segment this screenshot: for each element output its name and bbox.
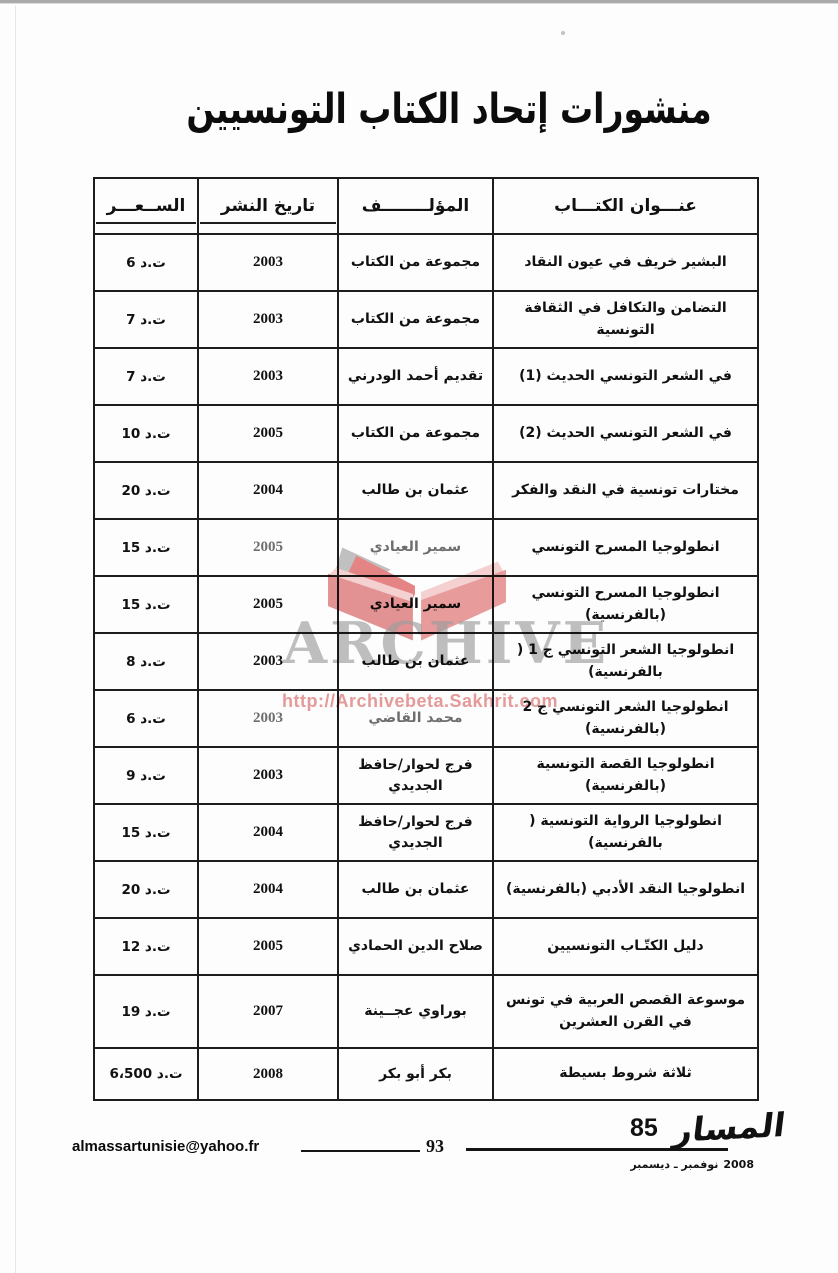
table-row: انطولوجيا المسرح التونسي سمير العيادي 20… [94, 519, 758, 576]
price-value: 12 د.ت [121, 939, 170, 955]
table-row: انطولوجيا المسرح التونسي (بالفرنسية) سمي… [94, 576, 758, 633]
price-cell: 8 د.ت [94, 633, 198, 690]
table-row: التضامن والتكافل في الثقافة التونسية مجم… [94, 291, 758, 348]
author-cell: بوراوي عجــينة [338, 975, 493, 1048]
price-cell: 15 د.ت [94, 804, 198, 861]
book-title-cell: التضامن والتكافل في الثقافة التونسية [493, 291, 758, 348]
price-cell: 7 د.ت [94, 291, 198, 348]
scan-edge-left [15, 6, 16, 1273]
price-value: 15 د.ت [121, 597, 170, 613]
publish-year-cell: 2005 [198, 519, 338, 576]
issue-number: 85 [630, 1114, 658, 1143]
book-title-cell: البشير خريف في عيون النقاد [493, 234, 758, 291]
book-title-cell: ثلاثة شروط بسيطة [493, 1048, 758, 1100]
author-cell: تقديم أحمد الودرني [338, 348, 493, 405]
book-title-cell: انطولوجيا الشعر التونسي ج 2 (بالفرنسية) [493, 690, 758, 747]
table-row: في الشعر التونسي الحديث (2) مجموعة من ال… [94, 405, 758, 462]
author-cell: مجموعة من الكتاب [338, 234, 493, 291]
publish-year-cell: 2005 [198, 576, 338, 633]
column-header-price: الســعـــر [94, 178, 198, 234]
table-row: انطولوجيا الشعر التونسي ج 2 (بالفرنسية) … [94, 690, 758, 747]
publish-year-cell: 2004 [198, 804, 338, 861]
book-title-cell: انطولوجيا القصة التونسية (بالفرنسية) [493, 747, 758, 804]
journal-logo: 85 المسار [630, 1108, 785, 1147]
table-row: انطولوجيا القصة التونسية (بالفرنسية) فرج… [94, 747, 758, 804]
table-row: انطولوجيا النقد الأدبي (بالفرنسية) عثمان… [94, 861, 758, 918]
price-value: 15 د.ت [121, 825, 170, 841]
publish-year-cell: 2008 [198, 1048, 338, 1100]
price-value: 7 د.ت [126, 369, 166, 385]
price-value: 15 د.ت [121, 540, 170, 556]
scan-edge-top-light [0, 3, 838, 4]
price-cell: 15 د.ت [94, 576, 198, 633]
price-cell: 7 د.ت [94, 348, 198, 405]
publish-year-cell: 2004 [198, 861, 338, 918]
book-title-cell: انطولوجيا الشعر التونسي ج 1 ( بالفرنسية) [493, 633, 758, 690]
book-title-cell: انطولوجيا المسرح التونسي [493, 519, 758, 576]
author-cell: مجموعة من الكتاب [338, 291, 493, 348]
issue-year: 2008 [723, 1158, 754, 1171]
table-row: في الشعر التونسي الحديث (1) تقديم أحمد ا… [94, 348, 758, 405]
price-cell: 10 د.ت [94, 405, 198, 462]
table-row: ثلاثة شروط بسيطة بكر أبو بكر 2008 6،500 … [94, 1048, 758, 1100]
publish-year-cell: 2004 [198, 462, 338, 519]
book-title-cell: مختارات تونسية في النقد والفكر [493, 462, 758, 519]
publish-year-cell: 2005 [198, 405, 338, 462]
publish-year-cell: 2003 [198, 633, 338, 690]
publish-year-cell: 2003 [198, 747, 338, 804]
publish-year-cell: 2003 [198, 291, 338, 348]
table-row: البشير خريف في عيون النقاد مجموعة من الك… [94, 234, 758, 291]
price-cell: 15 د.ت [94, 519, 198, 576]
column-header-publish-date: تاريخ النشر [198, 178, 338, 234]
page-number: 93 [426, 1136, 444, 1157]
author-cell: صلاح الدين الحمادي [338, 918, 493, 975]
author-cell: سمير العيادي [338, 576, 493, 633]
author-cell: عثمان بن طالب [338, 633, 493, 690]
author-cell: مجموعة من الكتاب [338, 405, 493, 462]
publish-year-cell: 2003 [198, 690, 338, 747]
footer-rule-left [301, 1150, 420, 1152]
price-cell: 6،500 د.ت [94, 1048, 198, 1100]
table-header: عنـــوان الكتـــاب المؤلــــــــف تاريخ … [94, 178, 758, 234]
author-cell: عثمان بن طالب [338, 861, 493, 918]
issue-months: نوفمبر ـ ديسمبر [630, 1158, 718, 1171]
price-cell: 19 د.ت [94, 975, 198, 1048]
table-row: دليل الكتّـاب التونسيين صلاح الدين الحما… [94, 918, 758, 975]
publish-year-cell: 2007 [198, 975, 338, 1048]
author-cell: محمد القاضي [338, 690, 493, 747]
price-cell: 9 د.ت [94, 747, 198, 804]
author-cell: فرج لحوار/حافظ الجديدي [338, 804, 493, 861]
price-value: 7 د.ت [126, 312, 166, 328]
price-cell: 6 د.ت [94, 690, 198, 747]
publish-year-cell: 2003 [198, 348, 338, 405]
price-value: 6،500 د.ت [109, 1066, 182, 1082]
author-cell: بكر أبو بكر [338, 1048, 493, 1100]
price-value: 8 د.ت [126, 654, 166, 670]
book-title-cell: دليل الكتّـاب التونسيين [493, 918, 758, 975]
price-value: 9 د.ت [126, 768, 166, 784]
page-title: منشورات إتحاد الكتاب التونسيين [130, 84, 768, 133]
price-cell: 20 د.ت [94, 861, 198, 918]
scan-speck [561, 31, 565, 35]
book-title-cell: موسوعة القصص العربية في تونس في القرن ال… [493, 975, 758, 1048]
price-cell: 20 د.ت [94, 462, 198, 519]
price-value: 20 د.ت [121, 882, 170, 898]
price-value: 10 د.ت [121, 426, 170, 442]
table-row: انطولوجيا الشعر التونسي ج 1 ( بالفرنسية)… [94, 633, 758, 690]
author-cell: عثمان بن طالب [338, 462, 493, 519]
book-title-cell: انطولوجيا النقد الأدبي (بالفرنسية) [493, 861, 758, 918]
author-cell: سمير العيادي [338, 519, 493, 576]
publications-table: عنـــوان الكتـــاب المؤلــــــــف تاريخ … [93, 177, 759, 1101]
publish-year-cell: 2003 [198, 234, 338, 291]
price-value: 20 د.ت [121, 483, 170, 499]
price-cell: 6 د.ت [94, 234, 198, 291]
book-title-cell: في الشعر التونسي الحديث (1) [493, 348, 758, 405]
publish-year-cell: 2005 [198, 918, 338, 975]
price-value: 6 د.ت [126, 255, 166, 271]
table-row: مختارات تونسية في النقد والفكر عثمان بن … [94, 462, 758, 519]
author-cell: فرج لحوار/حافظ الجديدي [338, 747, 493, 804]
book-title-cell: في الشعر التونسي الحديث (2) [493, 405, 758, 462]
journal-name: المسار [671, 1105, 787, 1150]
column-header-author: المؤلــــــــف [338, 178, 493, 234]
price-cell: 12 د.ت [94, 918, 198, 975]
table-row: انطولوجيا الرواية التونسية ( بالفرنسية) … [94, 804, 758, 861]
column-header-book-title: عنـــوان الكتـــاب [493, 178, 758, 234]
price-value: 6 د.ت [126, 711, 166, 727]
footer-email: almassartunisie@yahoo.fr [72, 1138, 259, 1155]
price-value: 19 د.ت [121, 1004, 170, 1020]
book-title-cell: انطولوجيا الرواية التونسية ( بالفرنسية) [493, 804, 758, 861]
book-title-cell: انطولوجيا المسرح التونسي (بالفرنسية) [493, 576, 758, 633]
issue-date: نوفمبر ـ ديسمبر 2008 [630, 1158, 754, 1171]
table-row: موسوعة القصص العربية في تونس في القرن ال… [94, 975, 758, 1048]
